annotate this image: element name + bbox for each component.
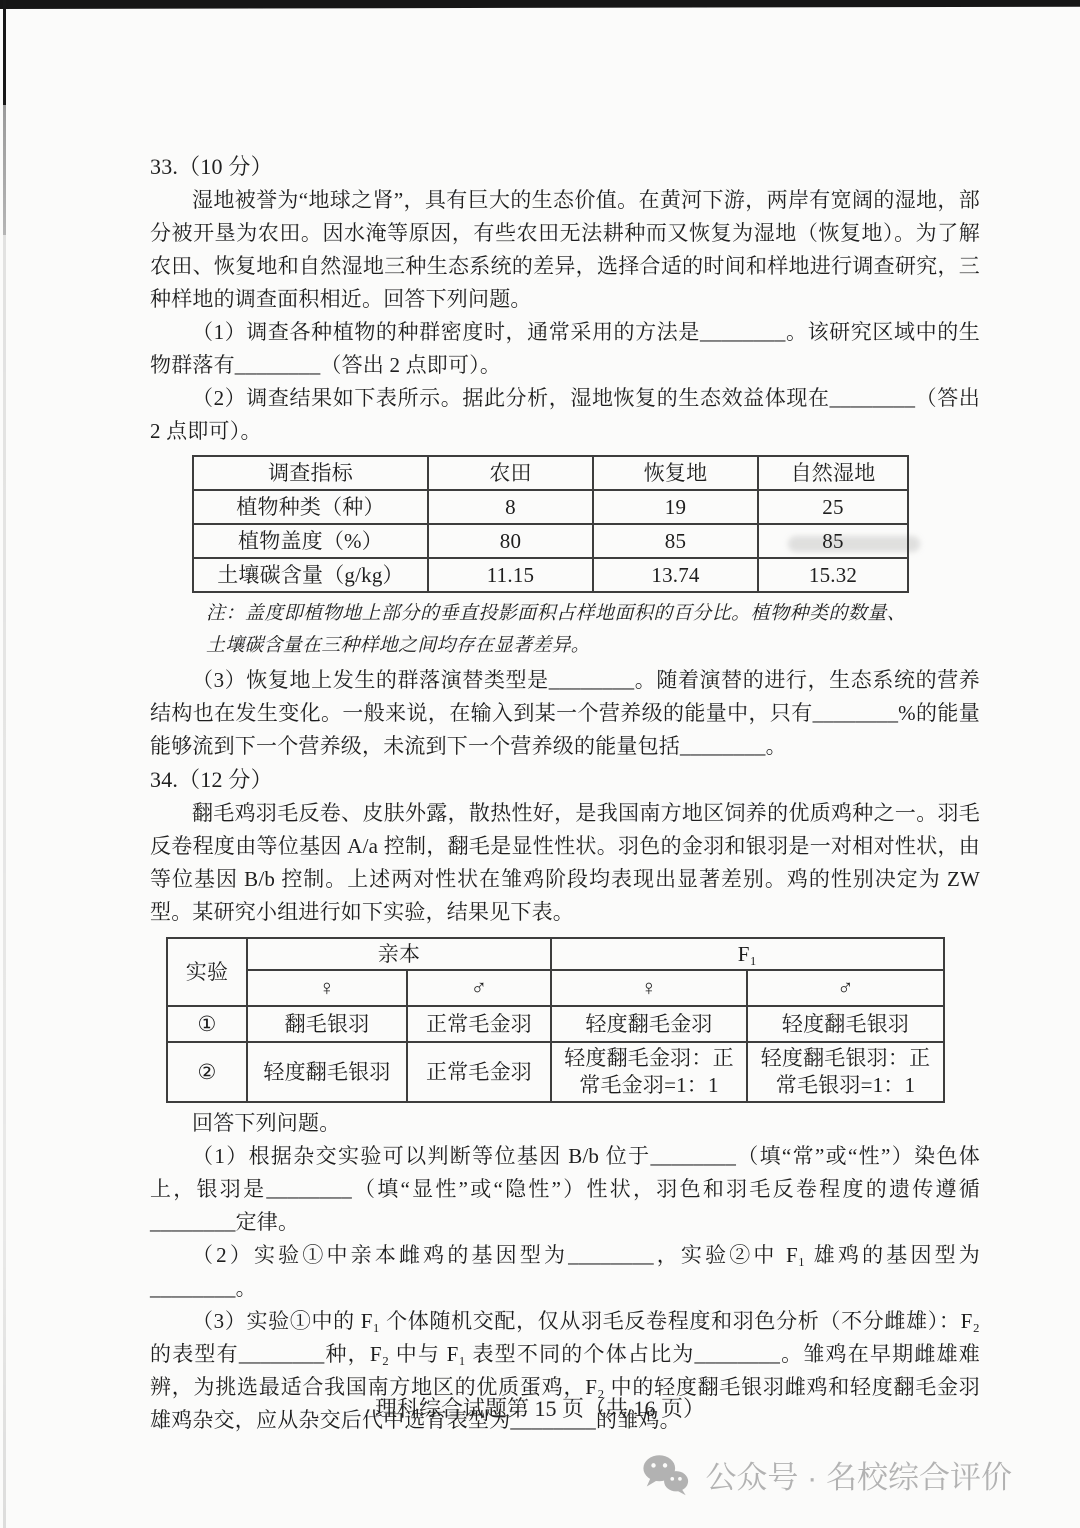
- q34-answer-intro: 回答下列问题。: [150, 1107, 980, 1140]
- male-symbol: ♂: [747, 970, 944, 1006]
- q34-part1: （1）根据杂交实验可以判断等位基因 B/b 位于________（填“常”或“性…: [150, 1140, 980, 1239]
- table-row: ② 轻度翻毛银羽 正常毛金羽 轻度翻毛金羽：正常毛金羽=1：1 轻度翻毛银羽：正…: [167, 1042, 944, 1102]
- cell-value: 11.15: [428, 558, 593, 592]
- cell-value: 8: [428, 490, 593, 524]
- survey-table-header-row: 调查指标 农田 恢复地 自然湿地: [193, 456, 908, 490]
- cell-value: 15.32: [758, 558, 908, 592]
- page-number: 理科综合试题第 15 页（共 16 页）: [0, 1392, 1080, 1423]
- survey-header-natural: 自然湿地: [758, 456, 908, 490]
- row-label: 土壤碳含量（g/kg）: [193, 558, 428, 592]
- female-symbol: ♀: [551, 970, 747, 1006]
- cell-value: 19: [593, 490, 758, 524]
- exam-content: 33.（10 分） 湿地被誉为“地球之肾”，具有巨大的生态价值。在黄河下游，两岸…: [150, 150, 980, 1437]
- male-symbol: ♂: [407, 970, 551, 1006]
- cell-value: 80: [428, 524, 593, 558]
- table-note: 注：盖度即植物地上部分的垂直投影面积占样地面积的百分比。植物种类的数量、土壤碳含…: [206, 598, 906, 662]
- watermark: 公众号 · 名校综合评价: [641, 1452, 1012, 1497]
- scanned-exam-page: 33.（10 分） 湿地被誉为“地球之肾”，具有巨大的生态价值。在黄河下游，两岸…: [0, 0, 1080, 1528]
- q33-part2: （2）调查结果如下表所示。据此分析，湿地恢复的生态效益体现在________（答…: [150, 382, 980, 448]
- cell-value: 正常毛金羽: [407, 1042, 551, 1102]
- cell-value: 85: [758, 524, 908, 558]
- row-label: 植物盖度（%）: [193, 524, 428, 558]
- row-label: 植物种类（种）: [193, 490, 428, 524]
- wechat-icon: [641, 1453, 691, 1497]
- header-experiment: 实验: [167, 938, 247, 1006]
- cell-value: 正常毛金羽: [407, 1006, 551, 1042]
- cell-value: 轻度翻毛银羽: [247, 1042, 407, 1102]
- cell-value: 25: [758, 490, 908, 524]
- table-row: 植物种类（种） 8 19 25: [193, 490, 908, 524]
- cell-value: 翻毛银羽: [247, 1006, 407, 1042]
- scan-left-edge: [3, 0, 6, 1528]
- cell-value: 13.74: [593, 558, 758, 592]
- experiment-table-sex-row: ♀ ♂ ♀ ♂: [167, 970, 944, 1006]
- cell-value: 轻度翻毛金羽: [551, 1006, 747, 1042]
- cell-value: 轻度翻毛银羽: [747, 1006, 944, 1042]
- experiment-number: ②: [167, 1042, 247, 1102]
- q33-heading: 33.（10 分）: [150, 150, 980, 184]
- cell-value: 轻度翻毛金羽：正常毛金羽=1：1: [551, 1042, 747, 1102]
- q34-intro: 翻毛鸡羽毛反卷、皮肤外露，散热性好，是我国南方地区饲养的优质鸡种之一。羽毛反卷程…: [150, 797, 980, 929]
- female-symbol: ♀: [247, 970, 407, 1006]
- scan-top-edge: [0, 0, 1080, 9]
- header-f1: F₁: [551, 938, 944, 970]
- cell-value: 轻度翻毛银羽：正常毛银羽=1：1: [747, 1042, 944, 1102]
- q33-intro: 湿地被誉为“地球之肾”，具有巨大的生态价值。在黄河下游，两岸有宽阔的湿地，部分被…: [150, 184, 980, 316]
- survey-table: 调查指标 农田 恢复地 自然湿地 植物种类（种） 8 19 25 植物盖度（%）…: [192, 455, 909, 593]
- header-parents: 亲本: [247, 938, 551, 970]
- cell-value: 85: [593, 524, 758, 558]
- q34-heading: 34.（12 分）: [150, 763, 980, 797]
- experiment-number: ①: [167, 1006, 247, 1042]
- table-row: ① 翻毛银羽 正常毛金羽 轻度翻毛金羽 轻度翻毛银羽: [167, 1006, 944, 1042]
- survey-header-indicator: 调查指标: [193, 456, 428, 490]
- survey-header-restored: 恢复地: [593, 456, 758, 490]
- table-row: 植物盖度（%） 80 85 85: [193, 524, 908, 558]
- watermark-text: 公众号 · 名校综合评价: [705, 1452, 1012, 1497]
- survey-header-farmland: 农田: [428, 456, 593, 490]
- table-row: 土壤碳含量（g/kg） 11.15 13.74 15.32: [193, 558, 908, 592]
- q34-part2: （2）实验①中亲本雌鸡的基因型为________，实验②中 F₁ 雄鸡的基因型为…: [150, 1239, 980, 1305]
- experiment-table-header-row: 实验 亲本 F₁: [167, 938, 944, 970]
- q33-part3: （3）恢复地上发生的群落演替类型是________。随着演替的进行，生态系统的营…: [150, 664, 980, 763]
- q33-part1: （1）调查各种植物的种群密度时，通常采用的方法是________。该研究区域中的…: [150, 316, 980, 382]
- experiment-table: 实验 亲本 F₁ ♀ ♂ ♀ ♂ ① 翻毛银羽 正常毛金羽 轻度翻毛金羽 轻度翻…: [166, 937, 945, 1103]
